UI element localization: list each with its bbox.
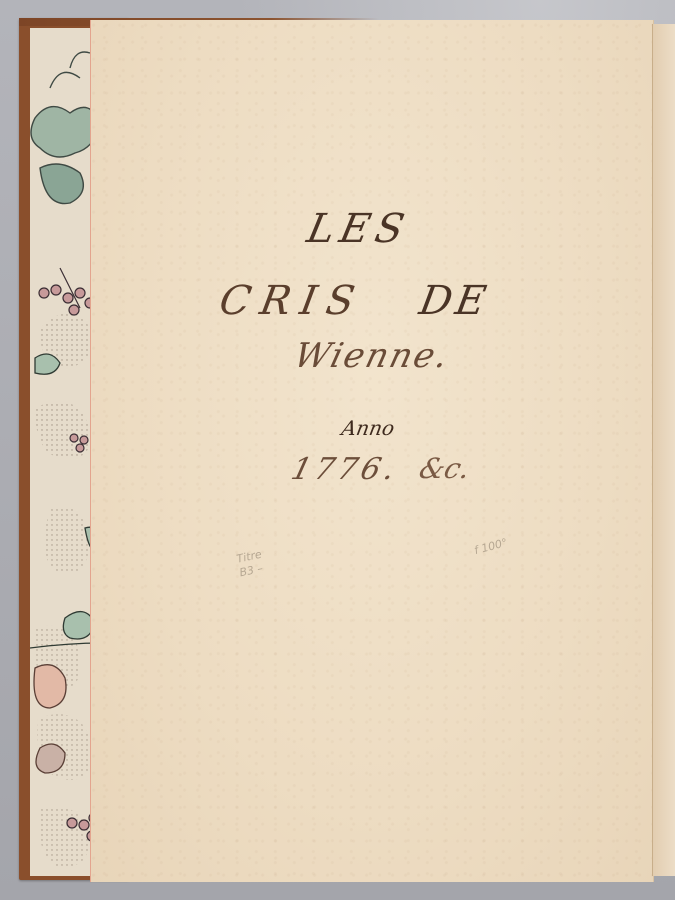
- pencil-note-left: Titre B3 –: [235, 548, 266, 581]
- title-line-cris: CRIS: [216, 278, 368, 324]
- facing-page-edge: [652, 24, 675, 876]
- title-line-vienne: Wienne.: [290, 336, 454, 376]
- title-line-de: DE: [416, 278, 493, 324]
- title-line-les: LES: [303, 206, 414, 252]
- manuscript-title-page: [90, 20, 653, 882]
- title-flourish: &c.: [416, 452, 474, 485]
- title-line-year: 1776.: [288, 452, 403, 487]
- title-line-anno: Anno: [340, 416, 396, 440]
